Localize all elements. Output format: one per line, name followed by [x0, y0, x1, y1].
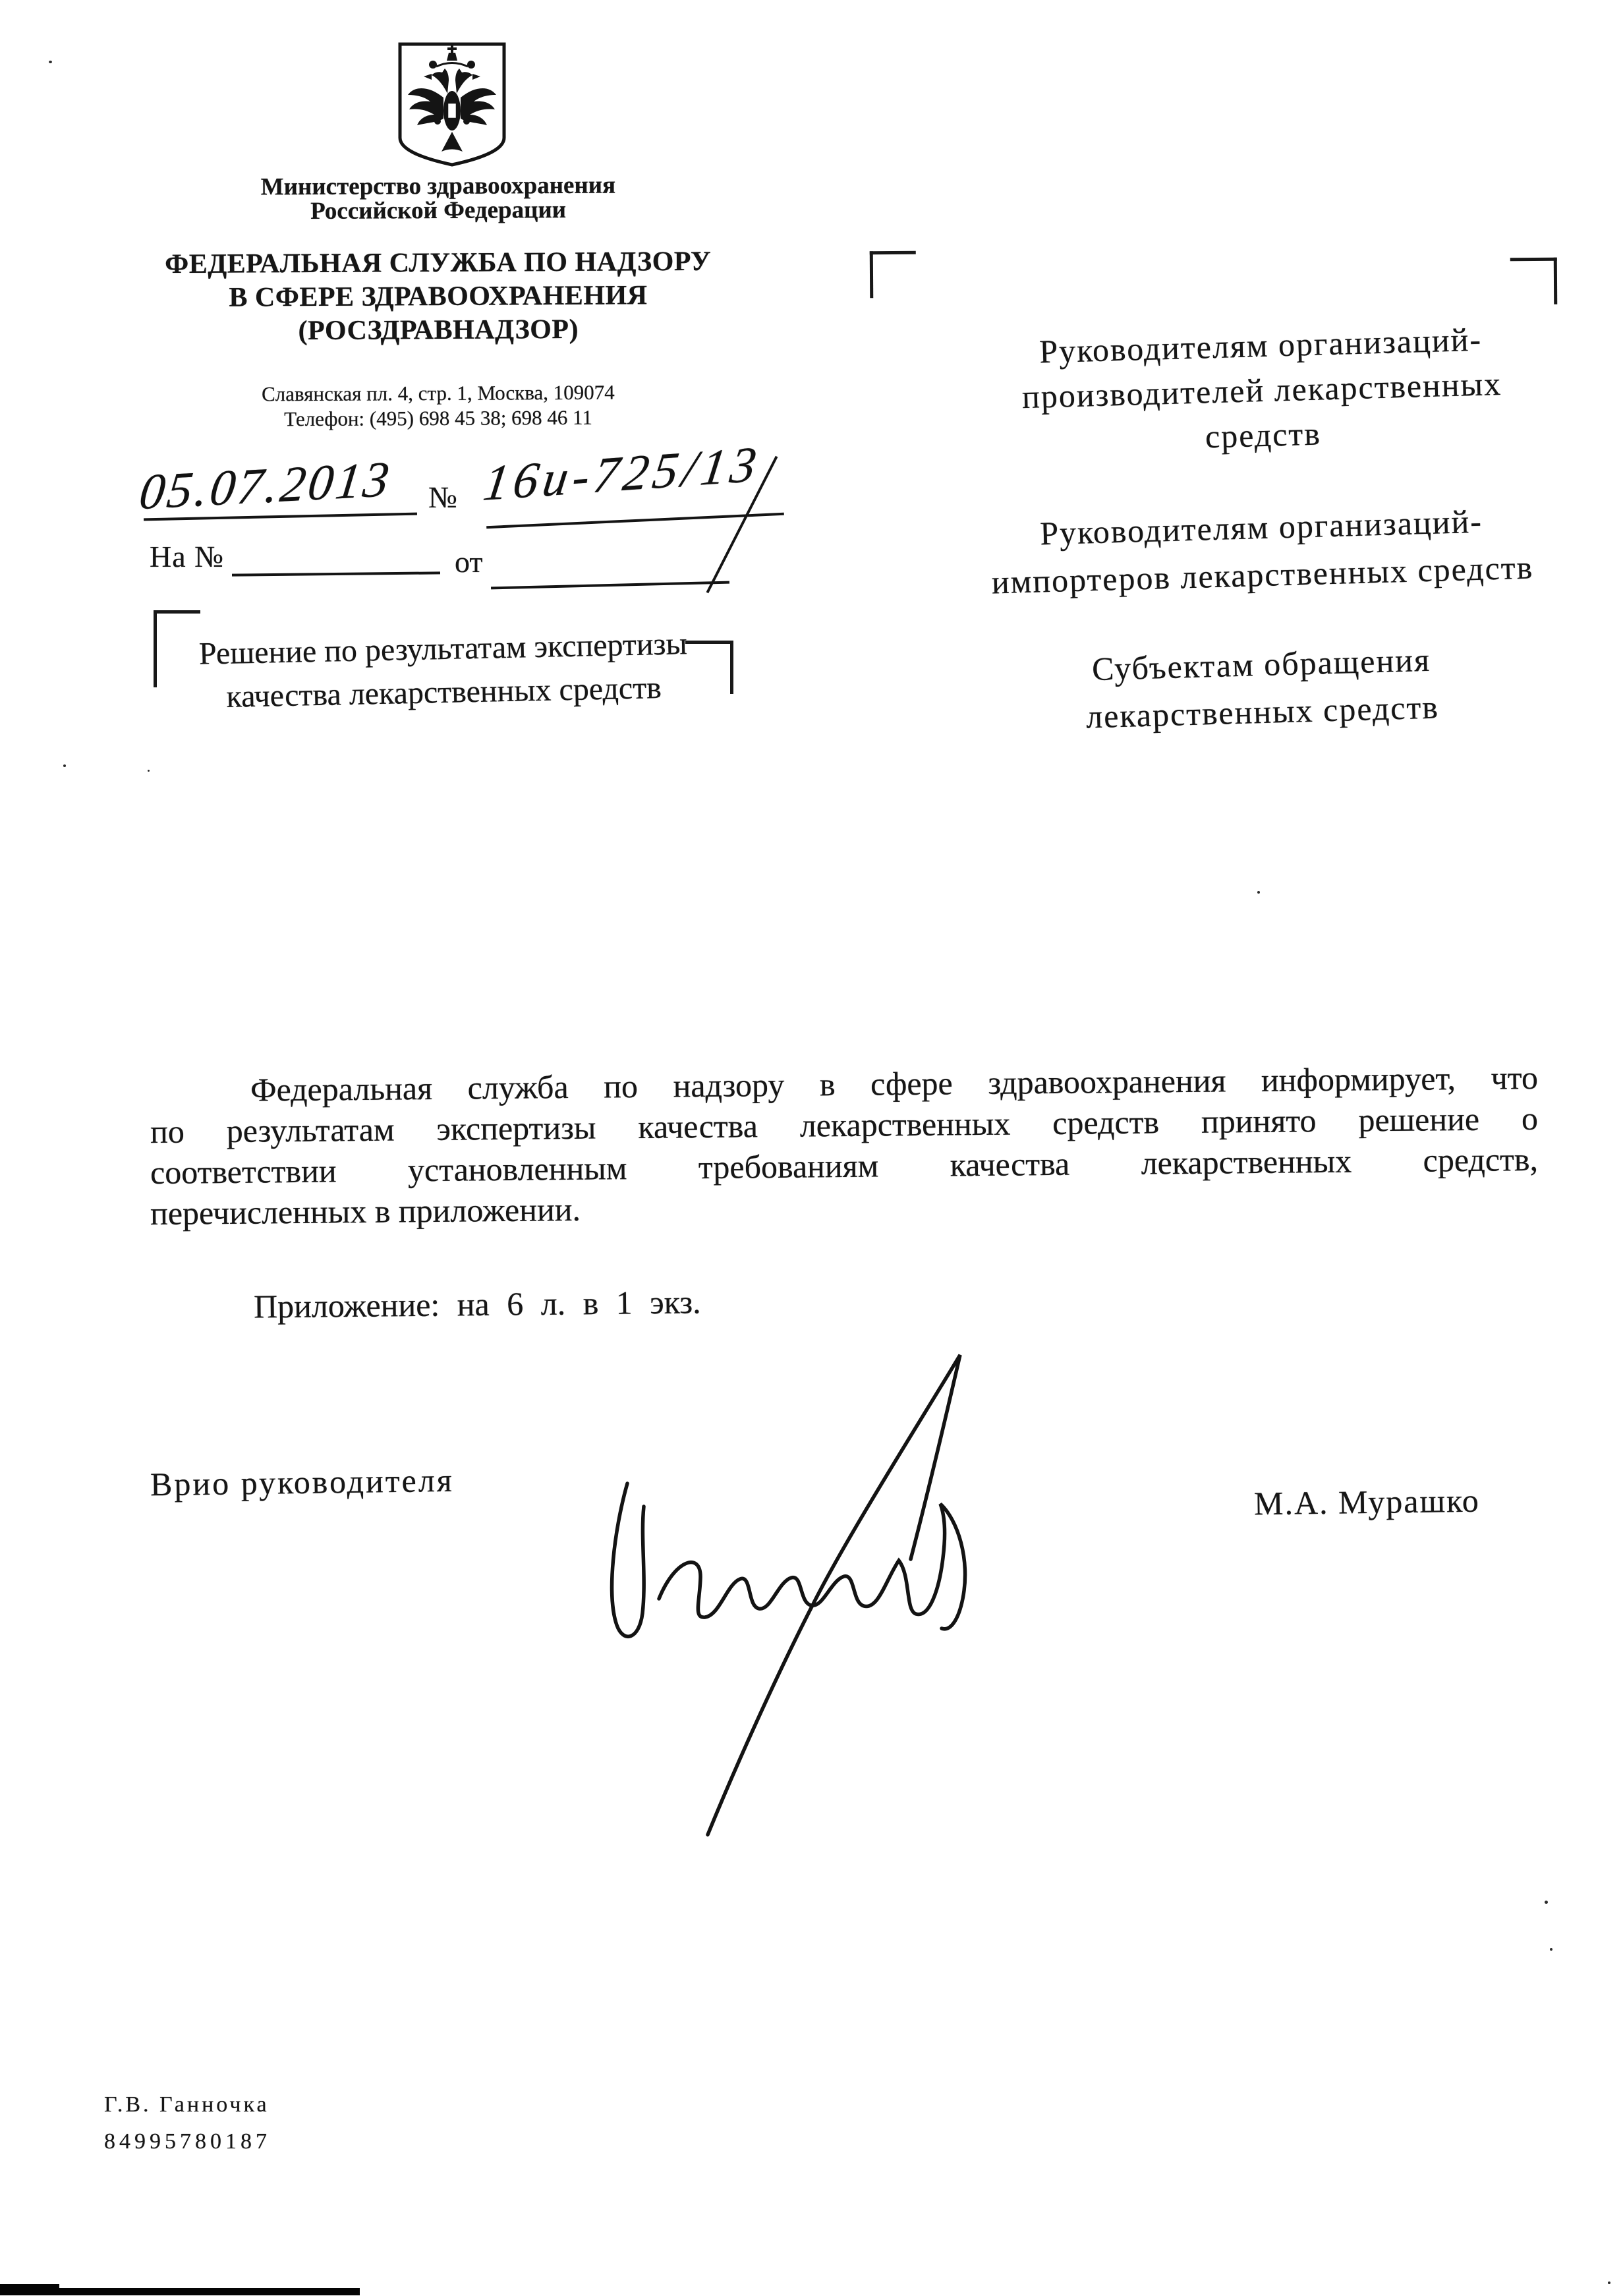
scan-edge-artifact — [0, 2288, 360, 2295]
scan-artifact-dot — [63, 764, 66, 767]
executor-name: Г.В. Ганночка — [104, 2086, 271, 2123]
addressee-block-circulation-subjects: Субъектам обращения лекарственных средст… — [921, 631, 1603, 745]
agency-line3: (РОСЗДРАВНАДЗОР) — [92, 312, 784, 349]
agency-name: ФЕДЕРАЛЬНАЯ СЛУЖБА ПО НАДЗОРУ В СФЕРЕ ЗД… — [92, 244, 785, 349]
subject-line: Решение по результатам экспертизы качест… — [183, 622, 705, 720]
coat-of-arms-icon — [395, 40, 509, 169]
agency-line1: ФЕДЕРАЛЬНАЯ СЛУЖБА ПО НАДЗОРУ — [92, 244, 784, 281]
agency-line2: В СФЕРЕ ЗДРАВООХРАНЕНИЯ — [92, 278, 784, 315]
addressee-block-importers: Руководителям организаций- импортеров ле… — [921, 494, 1603, 608]
addressee-corner-mark-left — [870, 251, 916, 298]
attachment-note: Приложение: на 6 л. в 1 экз. — [254, 1282, 701, 1325]
scan-edge-artifact — [0, 2284, 59, 2289]
number-sign: № — [428, 480, 457, 515]
handwritten-signature — [601, 1342, 1006, 1849]
scan-artifact-dot — [1550, 1948, 1552, 1951]
scanned-letter-page: Министерство здравоохранения Российской … — [0, 0, 1623, 2296]
scan-artifact-dot — [1545, 1901, 1548, 1904]
ministry-name: Министерство здравоохранения Российской … — [99, 172, 778, 224]
scan-artifact-dot — [148, 770, 150, 772]
letterhead-address: Славянская пл. 4, стр. 1, Москва, 109074 — [99, 379, 778, 407]
reply-from-label: от — [455, 544, 483, 579]
executor-phone: 84995780187 — [104, 2123, 271, 2160]
handwritten-number: 16и-725/13 — [480, 436, 764, 513]
letterhead-contacts: Славянская пл. 4, стр. 1, Москва, 109074… — [99, 379, 778, 432]
reply-from-underline — [491, 581, 729, 590]
reply-number-underline — [232, 571, 440, 576]
scan-artifact-dot — [1608, 2282, 1610, 2284]
reply-number-label: На № — [150, 539, 224, 574]
addressee-corner-mark-right — [1510, 258, 1557, 304]
scan-artifact-dot — [49, 61, 52, 63]
letterhead-phone: Телефон: (495) 698 45 38; 698 46 11 — [99, 404, 778, 432]
executor-block: Г.В. Ганночка 84995780187 — [104, 2086, 271, 2160]
signer-position: Врио руководителя — [150, 1461, 454, 1503]
scan-artifact-dot — [1257, 891, 1260, 894]
ministry-line2: Российской Федерации — [99, 196, 778, 224]
ministry-line1: Министерство здравоохранения — [99, 172, 778, 200]
handwritten-date: 05.07.2013 — [136, 451, 395, 522]
signer-name: М.А. Мурашко — [1254, 1481, 1481, 1523]
addressee-block-manufacturers: Руководителям организаций- производителе… — [921, 314, 1603, 467]
